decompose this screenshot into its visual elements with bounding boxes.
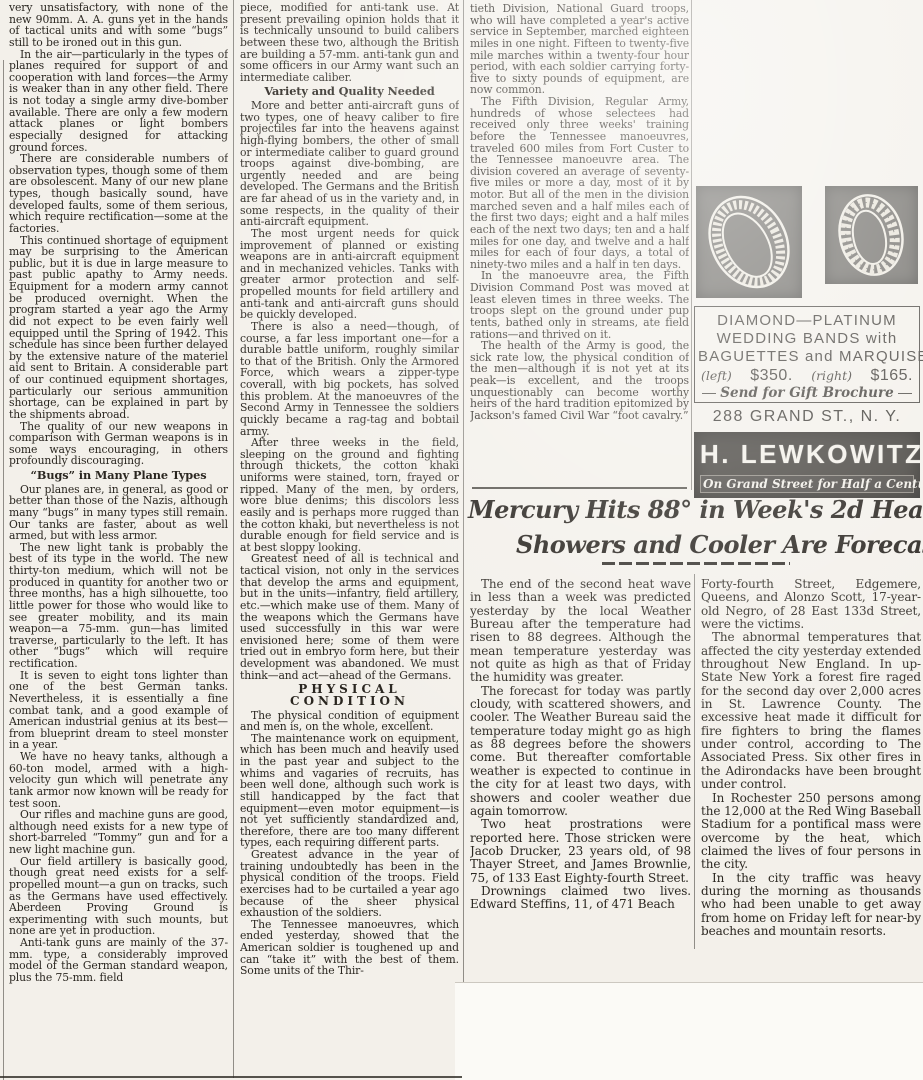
article-paragraph: In the city traffic was heavy during the… <box>701 872 921 939</box>
article-paragraph: The quality of our new weapons in compar… <box>9 421 228 468</box>
section-heading-bugs: “Bugs” in Many Plane Types <box>9 470 228 482</box>
article-paragraph: Two heat prostrations were reported here… <box>470 818 691 885</box>
article-paragraph: There are considerable numbers of observ… <box>9 153 228 234</box>
brochure-dash-left <box>702 393 716 395</box>
article-end-rule <box>472 487 687 489</box>
brand-name: H. LEWKOWITZ <box>700 439 914 470</box>
column-rule-3-right <box>691 0 692 490</box>
ring-illustration-left <box>696 186 802 298</box>
heat-column-rule <box>694 574 695 949</box>
article-paragraph: tieth Division, National Guard troops, w… <box>470 3 689 96</box>
article-paragraph: The physical condition of equipment and … <box>240 710 459 733</box>
newspaper-page: very unsatisfactory, with none of the ne… <box>0 0 923 1080</box>
article-paragraph: Greatest need of all is technical and ta… <box>240 553 459 681</box>
article-paragraph: The Fifth Division, Regular Army, hundre… <box>470 96 689 270</box>
article-paragraph: The forecast for today was partly cloudy… <box>470 685 691 818</box>
article-paragraph: The Tennessee manoeuvres, which ended ye… <box>240 919 459 977</box>
brochure-text: Send for Gift Brochure <box>720 385 893 402</box>
article-paragraph: We have no heavy tanks, although a 60-to… <box>9 751 228 809</box>
column-rule-2-3 <box>463 0 464 1045</box>
article-paragraph: More and better anti-aircraft guns of tw… <box>240 100 459 228</box>
article-paragraph: Our field artillery is basically good, t… <box>9 856 228 937</box>
ad-line-diamond-platinum: DIAMOND—PLATINUM <box>698 312 916 330</box>
article-paragraph: There is also a need—though, of course, … <box>240 321 459 437</box>
headline-line-2: Showers and Cooler Are Forecast Today <box>468 527 923 562</box>
article-paragraph: The end of the second heat wave in less … <box>470 578 691 685</box>
ad-line-wedding-bands: WEDDING BANDS with <box>698 330 916 348</box>
article-paragraph: The abnormal temperatures that affected … <box>701 631 921 791</box>
article-paragraph: Anti-tank guns are mainly of the 37-mm. … <box>9 937 228 984</box>
article-paragraph: The most urgent needs for quick improvem… <box>240 228 459 321</box>
price-left-value: $350. <box>750 367 793 384</box>
article-paragraph: piece, modified for anti-tank use. At pr… <box>240 2 459 83</box>
price-right-label: (right) <box>811 367 852 384</box>
ring-illustration-right <box>825 186 918 284</box>
article-paragraph: In the air—particularly in the types of … <box>9 49 228 154</box>
heat-article-column-left: The end of the second heat wave in less … <box>470 578 691 950</box>
article-paragraph: After three weeks in the field, sleeping… <box>240 437 459 553</box>
article-paragraph: In Rochester 250 persons among the 12,00… <box>701 792 921 872</box>
ad-prices-row: (left) $350. (right) $165. <box>698 366 916 384</box>
wedding-ring-left-image <box>696 186 802 298</box>
article-paragraph: very unsatisfactory, with none of the ne… <box>9 2 228 49</box>
section-heading-physical-condition: PHYSICAL CONDITION <box>240 684 459 707</box>
bottom-edge-rule <box>0 1076 462 1078</box>
article-paragraph: Drownings claimed two lives. Edward Stef… <box>470 885 691 912</box>
army-article-column-2: piece, modified for anti-tank use. At pr… <box>240 2 459 1078</box>
brand-tagline: On Grand Street for Half a Century <box>700 475 914 493</box>
article-paragraph: It is seven to eight tons lighter than o… <box>9 670 228 751</box>
article-paragraph: Forty-fourth Street, Edgemere, Queens, a… <box>701 578 921 631</box>
article-paragraph: Our rifles and machine guns are good, al… <box>9 809 228 856</box>
heat-wave-headline: Mercury Hits 88° in Week's 2d Heat Wave;… <box>468 492 923 562</box>
army-article-column-3: tieth Division, National Guard troops, w… <box>470 3 689 485</box>
brochure-dash-right <box>898 393 912 395</box>
article-paragraph: This continued shortage of equipment may… <box>9 235 228 421</box>
advertisement-text-box: DIAMOND—PLATINUM WEDDING BANDS with BAGU… <box>694 306 920 403</box>
article-paragraph: The new light tank is probably the best … <box>9 542 228 670</box>
article-paragraph: Greatest advance in the year of training… <box>240 849 459 919</box>
wedding-ring-right-image <box>825 186 918 284</box>
page-bottom-blank-area <box>455 982 923 1080</box>
wedding-rings-images <box>694 186 920 298</box>
army-article-column-1: very unsatisfactory, with none of the ne… <box>9 2 228 1078</box>
jeweler-advertisement: DIAMOND—PLATINUM WEDDING BANDS with BAGU… <box>694 186 920 498</box>
article-paragraph: The health of the Army is good, the sick… <box>470 340 689 421</box>
price-left-label: (left) <box>701 367 732 384</box>
article-paragraph: The maintenance work on equipment, which… <box>240 733 459 849</box>
section-heading-variety: Variety and Quality Needed <box>240 86 459 98</box>
article-paragraph: Our planes are, in general, as good or b… <box>9 484 228 542</box>
brand-banner: H. LEWKOWITZ On Grand Street for Half a … <box>694 432 920 498</box>
price-right-value: $165. <box>870 367 913 384</box>
column-rule-1-2 <box>233 0 234 1078</box>
ad-line-baguettes-marquises: BAGUETTES and MARQUISES <box>698 348 916 366</box>
ad-brochure-row: Send for Gift Brochure <box>698 385 916 402</box>
headline-separator-rule <box>602 562 790 565</box>
ad-address: 288 GRAND ST., N. Y. <box>694 408 920 426</box>
left-margin-rule <box>3 60 4 1080</box>
headline-line-1: Mercury Hits 88° in Week's 2d Heat Wave; <box>468 492 923 527</box>
article-paragraph: In the manoeuvre area, the Fifth Divisio… <box>470 270 689 340</box>
heat-article-column-right: Forty-fourth Street, Edgemere, Queens, a… <box>701 578 921 958</box>
